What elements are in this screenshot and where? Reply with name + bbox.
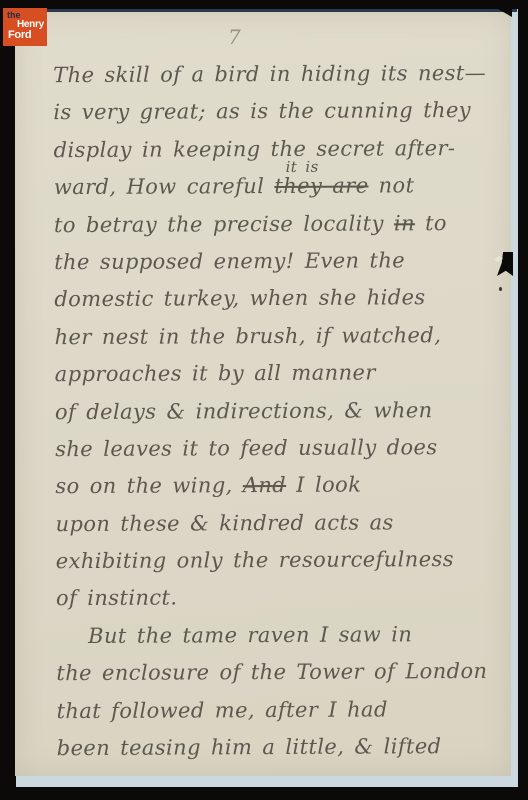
manuscript-line: so on the wing, And I look [55, 472, 495, 512]
manuscript-line: display in keeping the secret after- [54, 136, 494, 176]
manuscript-line: domestic turkey, when she hides [54, 285, 494, 325]
paper-speck [499, 287, 502, 291]
manuscript-line: of delays & indirections, & when [55, 397, 495, 437]
henry-ford-logo: the Henry Ford [3, 8, 47, 46]
scan-viewer: 7 The skill of a bird in hiding its nest… [0, 0, 528, 800]
torn-edge-highlight [494, 256, 503, 262]
page-number: 7 [228, 25, 241, 49]
manuscript-line: that followed me, after I had [56, 696, 496, 736]
manuscript-line: the enclosure of the Tower of London [56, 659, 496, 699]
manuscript-line: But the tame raven I saw in [56, 622, 496, 662]
manuscript-line: her nest in the brush, if watched, [55, 323, 495, 363]
manuscript-line: ward, How careful they areit is not [54, 173, 494, 213]
manuscript-line: The skill of a bird in hiding its nest— [53, 61, 493, 101]
logo-text-ford: Ford [8, 30, 31, 41]
manuscript-line: she leaves it to feed usually does [55, 435, 495, 475]
manuscript-line: of instinct. [56, 584, 496, 624]
manuscript-line: approaches it by all manner [55, 360, 495, 400]
manuscript-line: upon these & kindred acts as [55, 510, 495, 550]
manuscript-line: exhibiting only the resourcefulness [56, 547, 496, 587]
manuscript-line: been teasing him a little, & lifted [57, 734, 497, 774]
manuscript-line: is very great; as is the cunning they [53, 98, 493, 138]
manuscript-lines: The skill of a bird in hiding its nest—i… [53, 61, 497, 774]
manuscript-line: the supposed enemy! Even the [54, 248, 494, 288]
manuscript-page: 7 The skill of a bird in hiding its nest… [15, 12, 511, 776]
manuscript-line: to betray the precise locality in to [54, 210, 494, 250]
torn-edge-notch [497, 252, 513, 276]
inserted-correction: it is [286, 158, 319, 176]
